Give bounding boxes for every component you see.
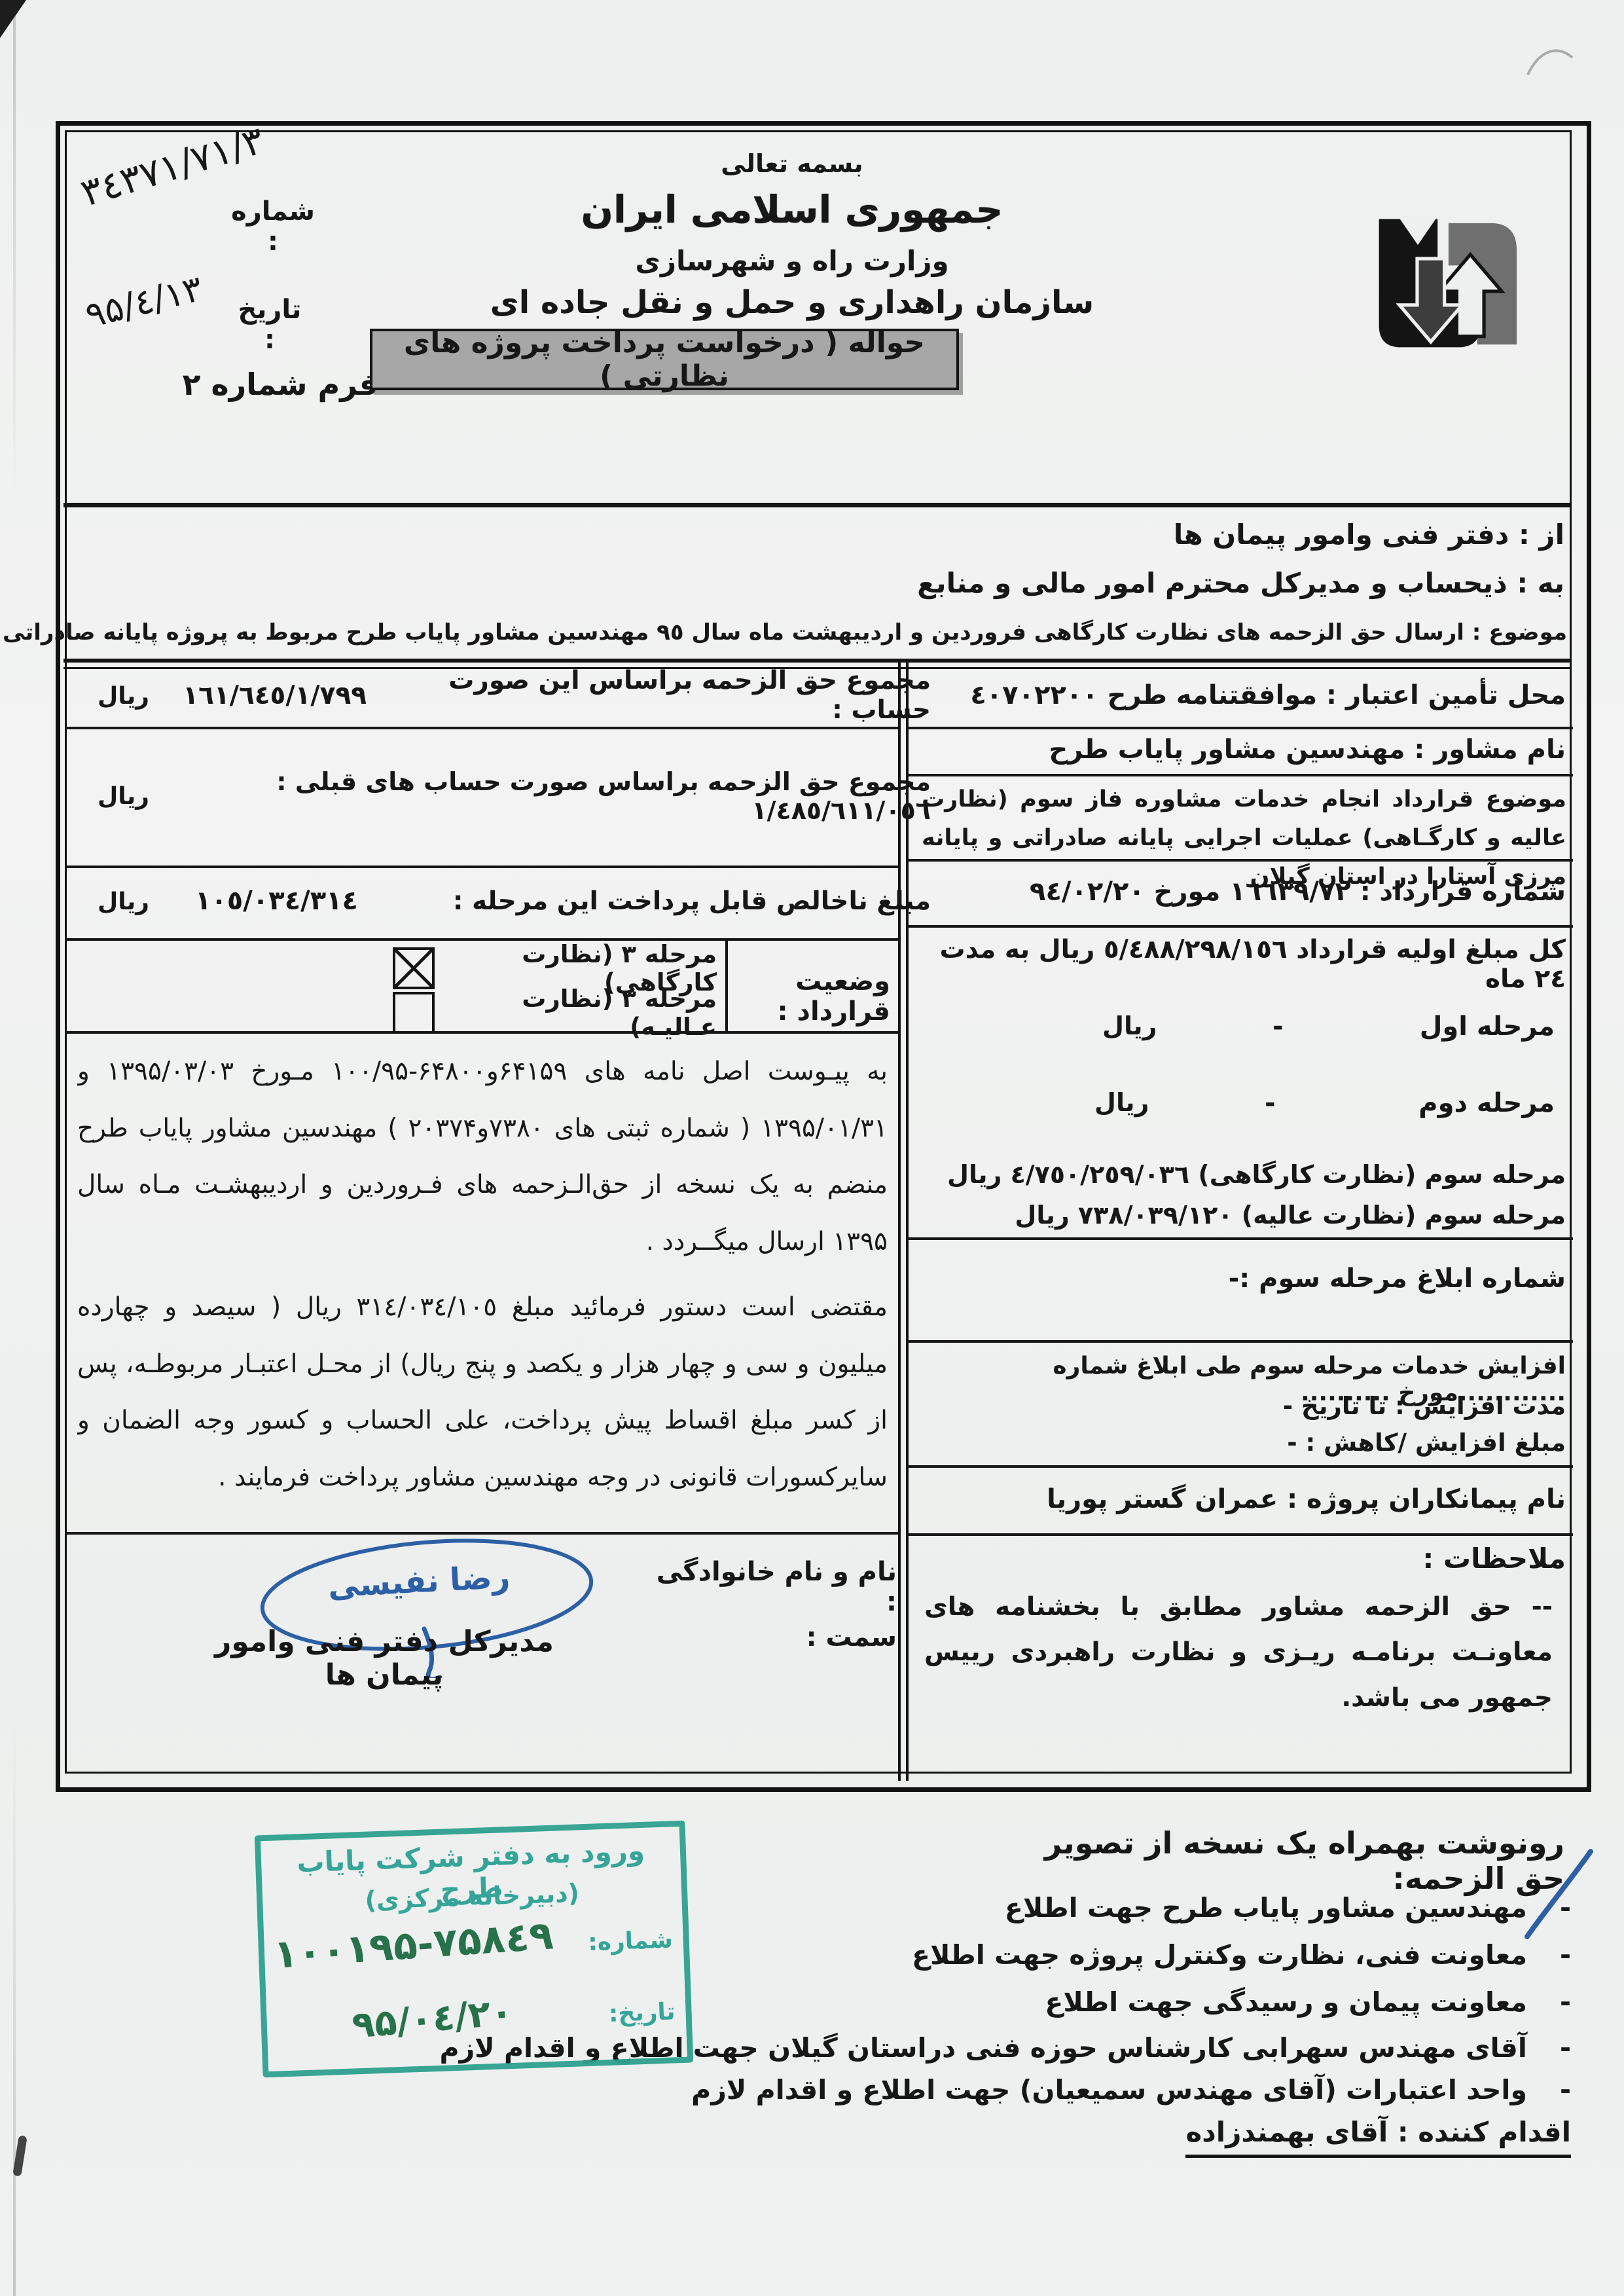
stage3-site-supervision-amount: مرحله سوم (نظارت کارگاهی) ٤/۷٥۰/۲٥۹/۰۳٦ … <box>911 1160 1581 1189</box>
increase-duration-line: مدت افزایش : تا تاریخ - <box>911 1392 1581 1420</box>
stage2-unit: ریال <box>1094 1088 1149 1117</box>
company-entry-stamp: ورود به دفتر شرکت پایاب طرح (دبیرخانه مر… <box>255 1821 694 2078</box>
stamp-number-value: ۱۰۰۱۹۵-۷۵۸٤۹ <box>272 1912 555 1978</box>
stage2-row: مرحله دوم - ریال <box>906 1088 1573 1125</box>
current-fee-row: مجموع حق الزحمه براساس این صورت حساب : ۱… <box>65 665 948 725</box>
signer-role: مدیرکل دفتر فنی وامور پیمان ها <box>171 1625 597 1692</box>
stamp-number-label: شماره: <box>588 1926 674 1956</box>
contract-number-cell: شماره قرارداد : ۱٦٦۳۹/۷۲ مورخ ۹٤/۰۲/۲۰ <box>911 862 1581 922</box>
previous-fee-text: مجموع حق الزحمه براساس صورت حساب های قبل… <box>149 767 931 825</box>
scan-pen-squiggle <box>1524 39 1578 86</box>
copy-item-text: مهندسین مشاور پایاب طرح جهت اطلاع <box>1005 1892 1527 1923</box>
increase-amount-line: مبلغ افزایش /کاهش : - <box>911 1429 1581 1457</box>
initial-contract-amount: کل مبلغ اولیه قرارداد ٥/٤۸۸/۲۹۸/۱٥٦ ریال… <box>911 935 1581 994</box>
net-payable-value: ۳۱٤/۰۳٤/۱۰٥ <box>195 886 358 916</box>
table-line <box>906 774 1573 776</box>
form-number: فرم شماره ۲ <box>182 367 378 402</box>
scan-corner-artifact <box>0 0 26 38</box>
previous-fee-row: مجموع حق الزحمه براساس صورت حساب های قبل… <box>65 731 948 862</box>
letter-to: به : ذیحساب و مدیرکل محترم امور مالی و م… <box>98 567 1564 599</box>
stage1-label: مرحله اول <box>1420 1011 1555 1042</box>
stage2-amount: - <box>1265 1088 1276 1118</box>
project-contractors-cell: نام پیمانکاران پروژه : عمران گستر پوریا <box>911 1468 1581 1531</box>
contract-status-label: وضعیت قرارداد : <box>733 966 890 1027</box>
copy-item-text: واحد اعتبارات (آقای مهندس سمیعیان) جهت ا… <box>691 2074 1527 2105</box>
copy-item: - واحد اعتبارات (آقای مهندس سمیعیان) جهت… <box>262 2074 1571 2105</box>
list-dash: - <box>1560 1986 1571 2018</box>
republic-title: جمهوری اسلامی ایران <box>517 187 1067 232</box>
stamp-date-value: ۹۵/۰٤/۲۰ <box>350 1991 514 2047</box>
stage3-high-supervision-amount: مرحله سوم (نظارت عالیه) ۷۳۸/۰۳۹/۱۲۰ ریال <box>911 1201 1581 1230</box>
actor-name: اقدام کننده : آقای بهمندزاده <box>1185 2116 1571 2158</box>
copy-item-text: معاونت فنی، نظارت وکنترل پروژه جهت اطلاع <box>912 1939 1527 1971</box>
list-dash: - <box>1560 1892 1571 1923</box>
stage1-amount: - <box>1272 1011 1284 1042</box>
status-option-high-row: مرحله ۳ (نظارت عـالیـه) <box>393 993 717 1033</box>
consultant-name-cell: نام مشاور : مهندسین مشاور پایاب طرح <box>911 728 1581 771</box>
header-separator-line <box>63 503 1570 507</box>
previous-fee-unit: ریال <box>98 783 149 810</box>
position-label: سمت : <box>792 1622 897 1652</box>
copy-distribution-title: رونوشت بهمراه یک نسخه از تصویر حق الزحمه… <box>1008 1825 1564 1896</box>
list-dash: - <box>1560 2032 1571 2064</box>
request-body: به پیـوست اصل نامه های ۶۴۱۵۹و۶۴۸۰۰-۱۰۰/۹… <box>77 1044 888 1528</box>
current-fee-value: ۱/۷۹۹/٦٤٥/۱٦۱ <box>195 681 367 710</box>
date-label: تاریخ : <box>230 295 309 355</box>
remarks-label: ملاحظات : <box>911 1542 1579 1575</box>
current-fee-label: مجموع حق الزحمه براساس این صورت حساب : <box>367 666 931 725</box>
status-option-site-row: مرحله ۳ (نظارت کارگاهی) <box>393 948 717 989</box>
scanned-form-page: ۳٤۳۷۱/۷۱/۳ شماره : ۹۵/٤/۱۳ تاریخ : فرم ش… <box>0 0 1624 2296</box>
scan-edge-shadow <box>13 0 16 2296</box>
ministry-title: وزارت راه و شهرسازی <box>563 245 1021 277</box>
payment-request-banner: حواله ( درخواست پرداخت پروژه های نظارتی … <box>370 329 959 390</box>
actor-line: اقدام کننده : آقای بهمندزاده <box>1008 2116 1571 2158</box>
copy-item-text: معاونت پیمان و رسیدگی جهت اطلاع <box>1045 1986 1527 2018</box>
table-line <box>906 1340 1573 1343</box>
net-payable-unit: ریال <box>98 888 149 915</box>
bismillah: بسمه تعالی <box>589 149 995 178</box>
ref-number-label: شماره : <box>230 196 316 257</box>
letter-from: از : دفتر فنی وامور پیمان ها <box>98 519 1564 551</box>
rmto-logo-icon <box>1368 196 1532 370</box>
stage3-notice-number: شماره ابلاغ مرحله سوم :- <box>911 1264 1581 1294</box>
current-fee-unit: ریال <box>98 683 149 710</box>
fullname-label: نام و نام خانوادگی : <box>655 1557 897 1617</box>
letter-subject: موضوع : ارسال حق الزحمه های نظارت کارگاه… <box>71 619 1567 646</box>
credit-source-cell: محل تأمین اعتبار : موافقتنامه طرح ٤۰۷۰۲۲… <box>911 666 1581 724</box>
table-line <box>906 1237 1573 1240</box>
organization-title: سازمان راهداری و حمل و نقل جاده ای <box>458 284 1126 321</box>
status-option-high-label: مرحله ۳ (نظارت عـالیـه) <box>450 985 717 1041</box>
remarks-body: -- حق الزحمه مشاور مطابق با بخشنامه های … <box>924 1584 1553 1721</box>
attachment-paragraph: به پیـوست اصل نامه های ۶۴۱۵۹و۶۴۸۰۰-۱۰۰/۹… <box>77 1044 888 1270</box>
table-line <box>906 925 1573 928</box>
stage2-label: مرحله دوم <box>1418 1088 1555 1118</box>
stage1-row: مرحله اول - ریال <box>906 1011 1573 1048</box>
checkbox-empty-icon <box>393 992 435 1034</box>
checkbox-checked-icon <box>393 947 435 989</box>
stage1-unit: ریال <box>1102 1011 1157 1040</box>
net-payable-label: مبلغ ناخالص قابل پرداخت این مرحله : <box>453 886 931 916</box>
payment-instruction-paragraph: مقتضی است دستور فرمائید مبلغ ۳۱٤/۰۳٤/۱۰٥… <box>77 1279 888 1506</box>
stamp-date-label: تاریخ: <box>608 1998 676 2028</box>
table-line <box>906 1533 1573 1536</box>
list-dash: - <box>1560 1939 1571 1971</box>
table-line <box>65 727 898 729</box>
list-dash: - <box>1560 2074 1571 2105</box>
status-mini-divider <box>725 941 728 1031</box>
net-payable-row: مبلغ ناخالص قابل پرداخت این مرحله : ۳۱٤/… <box>65 868 948 934</box>
